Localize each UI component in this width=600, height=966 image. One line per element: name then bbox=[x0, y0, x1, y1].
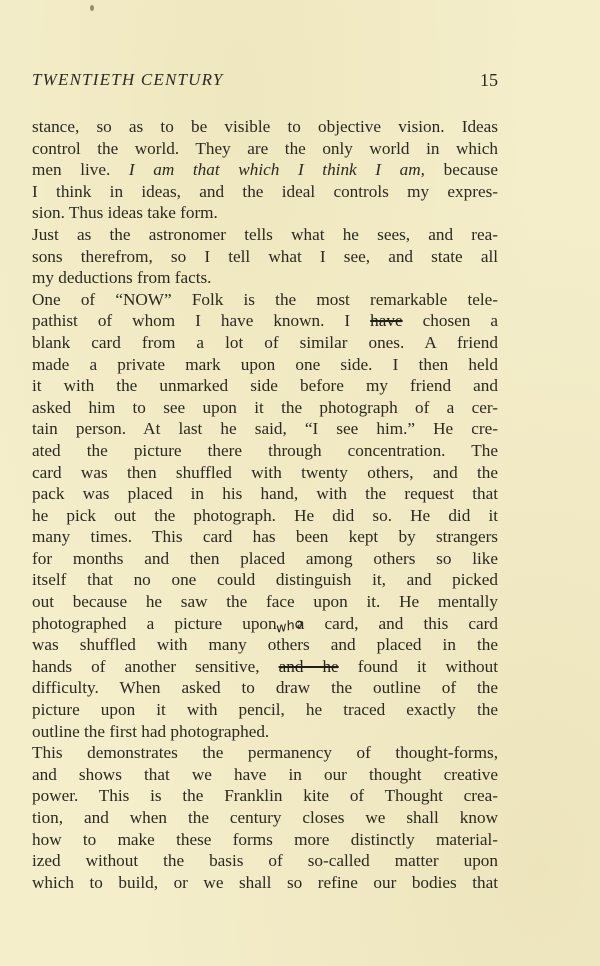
text-line: sion. Thus ideas take form. bbox=[32, 202, 498, 224]
italic-phrase: I am that which I think I am, bbox=[129, 160, 425, 179]
text-line: asked him to see upon it the photograph … bbox=[32, 397, 498, 419]
text-line: ized without the basis of so-called matt… bbox=[32, 850, 498, 872]
text-line: pathist of whom I have known. I have cho… bbox=[32, 310, 498, 332]
text-line: which to build, or we shall so refine ou… bbox=[32, 872, 498, 894]
text-line: and shows that we have in our thought cr… bbox=[32, 764, 498, 786]
text-line: for months and then placed among others … bbox=[32, 548, 498, 570]
text-line: blank card from a lot of similar ones. A… bbox=[32, 332, 498, 354]
text-line: sons therefrom, so I tell what I see, an… bbox=[32, 246, 498, 268]
text-line: was shuffled with many others and placed… bbox=[32, 634, 498, 656]
text-line: hands of another sensitive, and he found… bbox=[32, 656, 498, 678]
text-line: card was then shuffled with twenty other… bbox=[32, 462, 498, 484]
text-line: power. This is the Franklin kite of Thou… bbox=[32, 785, 498, 807]
text-line: men live. I am that which I think I am, … bbox=[32, 159, 498, 181]
text-line: made a private mark upon one side. I the… bbox=[32, 354, 498, 376]
text-line: he pick out the photograph. He did so. H… bbox=[32, 505, 498, 527]
struck-word: and he bbox=[279, 657, 339, 676]
text-line: tion, and when the century closes we sha… bbox=[32, 807, 498, 829]
text-line: This demonstrates the permanency of thou… bbox=[32, 742, 498, 764]
text-line: photographed a picture upon a card, and … bbox=[32, 613, 498, 635]
text-line: One of “NOW” Folk is the most remarkable… bbox=[32, 289, 498, 311]
text-line: I think in ideas, and the ideal controls… bbox=[32, 181, 498, 203]
ink-speck bbox=[90, 5, 94, 11]
page-header: TWENTIETH CENTURY 15 bbox=[32, 70, 498, 94]
text-line: it with the unmarked side before my frie… bbox=[32, 375, 498, 397]
text-line: stance, so as to be visible to objective… bbox=[32, 116, 498, 138]
text-line: out because he saw the face upon it. He … bbox=[32, 591, 498, 613]
book-page: TWENTIETH CENTURY 15 stance, so as to be… bbox=[0, 0, 600, 966]
text-line: itself that no one could distinguish it,… bbox=[32, 569, 498, 591]
struck-word: have bbox=[370, 311, 402, 330]
page-number: 15 bbox=[480, 70, 498, 91]
text-line: ated the picture there through concentra… bbox=[32, 440, 498, 462]
text-line: many times. This card has been kept by s… bbox=[32, 526, 498, 548]
text-line: outline the first had photographed. bbox=[32, 721, 498, 743]
text-line: how to make these forms more distinctly … bbox=[32, 829, 498, 851]
text-line: tain person. At last he said, “I see him… bbox=[32, 418, 498, 440]
text-line: my deductions from facts. bbox=[32, 267, 498, 289]
text-line: pack was placed in his hand, with the re… bbox=[32, 483, 498, 505]
text-line: difficulty. When asked to draw the outli… bbox=[32, 677, 498, 699]
text-line: picture upon it with pencil, he traced e… bbox=[32, 699, 498, 721]
body-text: stance, so as to be visible to objective… bbox=[32, 116, 498, 893]
text-line: Just as the astronomer tells what he see… bbox=[32, 224, 498, 246]
text-line: control the world. They are the only wor… bbox=[32, 138, 498, 160]
running-head: TWENTIETH CENTURY bbox=[32, 70, 224, 90]
